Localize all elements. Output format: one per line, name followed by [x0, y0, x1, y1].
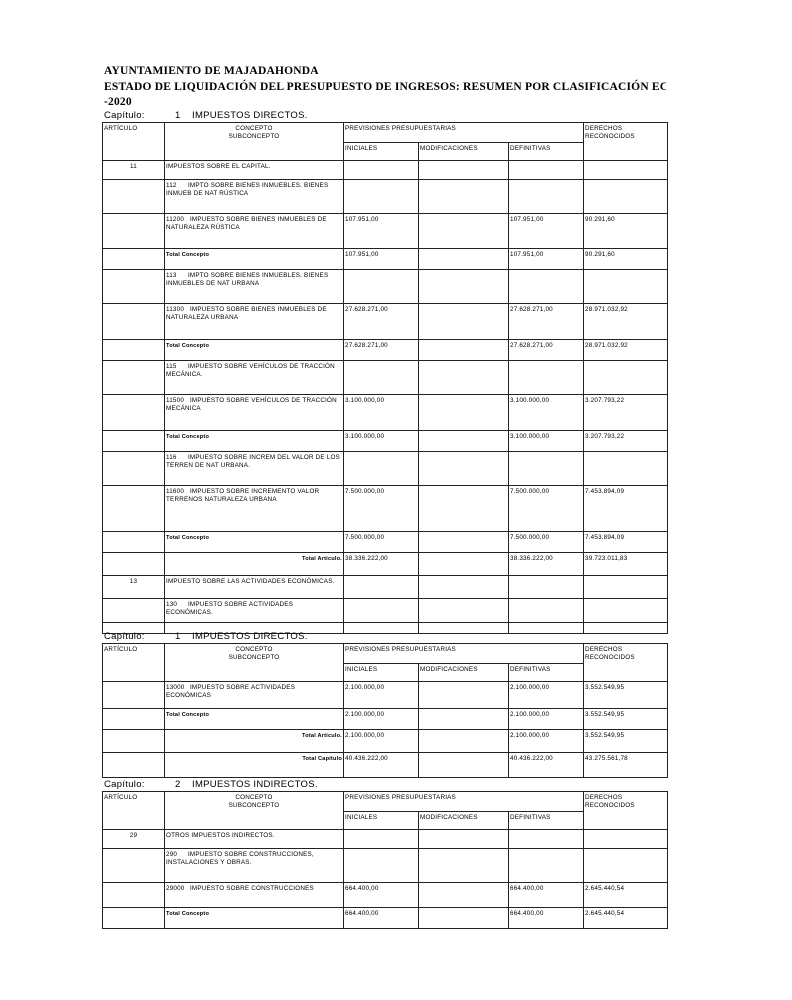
definitivas-cell: 664.400,00	[509, 883, 584, 908]
col-header-previsiones: PREVISIONES PRESUPUESTARIAS	[344, 792, 584, 812]
definitivas-cell: 3.100.000,00	[509, 431, 584, 452]
modificaciones-cell	[419, 883, 509, 908]
concepto-label: CONCEPTO	[166, 646, 342, 654]
definitivas-cell	[509, 452, 584, 486]
table-row: 112 IMPTO SOBRE BIENES INMUEBLES. BIENES…	[103, 180, 668, 214]
articulo-cell: 29	[103, 830, 165, 849]
col-header-concepto: CONCEPTOSUBCONCEPTO	[165, 123, 344, 161]
chapter-heading: Capítulo:1IMPUESTOS DIRECTOS.	[104, 631, 145, 642]
chapter-number: 1	[175, 631, 181, 642]
subconcepto-label: SUBCONCEPTO	[166, 802, 342, 810]
modificaciones-cell	[419, 249, 509, 270]
header-row: ARTÍCULOCONCEPTOSUBCONCEPTOPREVISIONES P…	[103, 123, 668, 143]
concept-description: IMPUESTO SOBRE ACTIVIDADES ECONÓMICAS.	[166, 601, 293, 616]
iniciales-cell: 27.628.271,00	[344, 340, 419, 361]
table-row: 290 IMPUESTO SOBRE CONSTRUCCIONES, INSTA…	[103, 849, 668, 883]
total-label: Total Concepto	[166, 911, 209, 917]
table-row: 29OTROS IMPUESTOS INDIRECTOS.	[103, 830, 668, 849]
table-row: Total Artículo.38.336.222,0038.336.222,0…	[103, 553, 668, 576]
concept-code: 11600	[166, 488, 188, 496]
col-header-modificaciones: MODIFICACIONES	[419, 664, 509, 682]
concepto-cell: Total Artículo.	[165, 553, 344, 576]
iniciales-cell: 40.436.222,00	[344, 753, 419, 778]
derechos-cell	[584, 830, 668, 849]
concept-description: IMPUESTO SOBRE INCREMENTO VALOR TERRENOS…	[166, 488, 319, 503]
report-title: ESTADO DE LIQUIDACIÓN DEL PRESUPUESTO DE…	[104, 80, 666, 96]
table-row	[103, 623, 668, 634]
iniciales-cell: 107.951,00	[344, 249, 419, 270]
modificaciones-cell	[419, 908, 509, 929]
modificaciones-cell	[419, 849, 509, 883]
table-row: Total Capítulo40.436.222,0040.436.222,00…	[103, 753, 668, 778]
iniciales-cell	[344, 576, 419, 599]
modificaciones-cell	[419, 431, 509, 452]
col-header-previsiones: PREVISIONES PRESUPUESTARIAS	[344, 123, 584, 143]
definitivas-cell: 2.100.000,00	[509, 730, 584, 753]
derechos-cell	[584, 599, 668, 623]
iniciales-cell: 2.100.000,00	[344, 730, 419, 753]
derechos-cell: 90.291,60	[584, 249, 668, 270]
concepto-label: CONCEPTO	[166, 125, 342, 133]
modificaciones-cell	[419, 304, 509, 340]
iniciales-cell: 2.100.000,00	[344, 682, 419, 709]
definitivas-cell	[509, 270, 584, 304]
concepto-cell: 11200 IMPUESTO SOBRE BIENES INMUEBLES DE…	[165, 214, 344, 249]
chapter-number: 2	[175, 779, 181, 790]
concepto-cell: Total Artículo.	[165, 730, 344, 753]
derechos-cell	[584, 270, 668, 304]
concept-code: 29000	[166, 885, 188, 893]
definitivas-cell	[509, 849, 584, 883]
articulo-cell	[103, 709, 165, 730]
chapter-label: Capítulo:	[104, 631, 145, 642]
table-row: 130 IMPUESTO SOBRE ACTIVIDADES ECONÓMICA…	[103, 599, 668, 623]
iniciales-cell: 107.951,00	[344, 214, 419, 249]
table-row: 13000 IMPUESTO SOBRE ACTIVIDADES ECONÓMI…	[103, 682, 668, 709]
definitivas-cell	[509, 576, 584, 599]
concepto-cell: 11600 IMPUESTO SOBRE INCREMENTO VALOR TE…	[165, 486, 344, 532]
concepto-cell: 29000 IMPUESTO SOBRE CONSTRUCCIONES	[165, 883, 344, 908]
chapter-name: IMPUESTOS DIRECTOS.	[192, 110, 308, 121]
definitivas-cell: 40.436.222,00	[509, 753, 584, 778]
table-row: Total Concepto664.400,00664.400,002.645.…	[103, 908, 668, 929]
concepto-cell: Total Concepto	[165, 249, 344, 270]
derechos-label: DERECHOS	[585, 646, 666, 654]
col-header-modificaciones: MODIFICACIONES	[419, 143, 509, 161]
chapter-name: IMPUESTOS INDIRECTOS.	[192, 779, 318, 790]
articulo-cell	[103, 180, 165, 214]
definitivas-cell: 7.500.000,00	[509, 486, 584, 532]
derechos-cell: 7.453.894,09	[584, 486, 668, 532]
articulo-cell	[103, 361, 165, 395]
articulo-cell	[103, 908, 165, 929]
table-row: 11600 IMPUESTO SOBRE INCREMENTO VALOR TE…	[103, 486, 668, 532]
modificaciones-cell	[419, 730, 509, 753]
definitivas-cell	[509, 361, 584, 395]
modificaciones-cell	[419, 830, 509, 849]
col-header-derechos: DERECHOSRECONOCIDOS	[584, 123, 668, 161]
derechos-cell: 3.552.549,95	[584, 730, 668, 753]
total-label: Total Concepto	[166, 434, 209, 440]
iniciales-cell	[344, 599, 419, 623]
derechos-cell	[584, 180, 668, 214]
table-row: 11IMPUESTOS SOBRE EL CAPITAL.	[103, 161, 668, 180]
header-row: ARTÍCULOCONCEPTOSUBCONCEPTOPREVISIONES P…	[103, 792, 668, 812]
total-label: Total Concepto	[166, 535, 209, 541]
concepto-cell: 11300 IMPUESTO SOBRE BIENES INMUEBLES DE…	[165, 304, 344, 340]
articulo-cell	[103, 682, 165, 709]
concept-description: IMPUESTO SOBRE LAS ACTIVIDADES ECONÓMICA…	[166, 578, 335, 585]
col-header-iniciales: INICIALES	[344, 143, 419, 161]
col-header-concepto: CONCEPTOSUBCONCEPTO	[165, 792, 344, 830]
articulo-cell	[103, 214, 165, 249]
articulo-cell	[103, 270, 165, 304]
iniciales-cell	[344, 161, 419, 180]
articulo-cell	[103, 395, 165, 431]
articulo-cell: 11	[103, 161, 165, 180]
concept-description: IMPUESTO SOBRE BIENES INMUEBLES DE NATUR…	[166, 216, 327, 231]
concepto-cell: IMPUESTO SOBRE LAS ACTIVIDADES ECONÓMICA…	[165, 576, 344, 599]
articulo-cell	[103, 486, 165, 532]
derechos-cell: 43.275.561,78	[584, 753, 668, 778]
derechos-cell	[584, 361, 668, 395]
table-row: 115 IMPUESTO SOBRE VEHÍCULOS DE TRACCIÓN…	[103, 361, 668, 395]
concepto-cell: IMPUESTOS SOBRE EL CAPITAL.	[165, 161, 344, 180]
concepto-cell: Total Concepto	[165, 709, 344, 730]
iniciales-cell	[344, 849, 419, 883]
iniciales-cell: 2.100.000,00	[344, 709, 419, 730]
articulo-cell	[103, 304, 165, 340]
subconcepto-label: SUBCONCEPTO	[166, 654, 342, 662]
iniciales-cell: 3.100.000,00	[344, 431, 419, 452]
definitivas-cell	[509, 180, 584, 214]
derechos-cell: 2.645.440,54	[584, 883, 668, 908]
articulo-cell	[103, 599, 165, 623]
iniciales-cell	[344, 452, 419, 486]
definitivas-cell	[509, 623, 584, 634]
articulo-cell	[103, 553, 165, 576]
concept-description: IMPUESTO SOBRE VEHÍCULOS DE TRACCIÓN MEC…	[166, 363, 335, 378]
articulo-cell	[103, 452, 165, 486]
table-row: Total Concepto2.100.000,002.100.000,003.…	[103, 709, 668, 730]
modificaciones-cell	[419, 553, 509, 576]
definitivas-cell	[509, 830, 584, 849]
iniciales-cell: 3.100.000,00	[344, 395, 419, 431]
articulo-cell	[103, 730, 165, 753]
total-label: Total Concepto	[166, 252, 209, 258]
articulo-cell	[103, 883, 165, 908]
concept-code: 115	[166, 363, 186, 371]
derechos-cell: 3.552.549,95	[584, 709, 668, 730]
definitivas-cell: 27.628.271,00	[509, 340, 584, 361]
col-header-concepto: CONCEPTOSUBCONCEPTO	[165, 644, 344, 682]
derechos-cell: 28.971.032,92	[584, 304, 668, 340]
definitivas-cell: 3.100.000,00	[509, 395, 584, 431]
derechos-cell: 28.971.032,92	[584, 340, 668, 361]
definitivas-cell: 107.951,00	[509, 249, 584, 270]
concepto-cell: 130 IMPUESTO SOBRE ACTIVIDADES ECONÓMICA…	[165, 599, 344, 623]
modificaciones-cell	[419, 486, 509, 532]
modificaciones-cell	[419, 361, 509, 395]
modificaciones-cell	[419, 532, 509, 553]
modificaciones-cell	[419, 180, 509, 214]
concept-description: IMPTO SOBRE BIENES INMUEBLES. BIENES INM…	[166, 182, 328, 197]
derechos-cell: 3.207.793,22	[584, 395, 668, 431]
concept-code: 13000	[166, 684, 188, 692]
table-row: Total Artículo.2.100.000,002.100.000,003…	[103, 730, 668, 753]
articulo-cell	[103, 849, 165, 883]
budget-table: ARTÍCULOCONCEPTOSUBCONCEPTOPREVISIONES P…	[102, 643, 668, 778]
articulo-cell	[103, 753, 165, 778]
concepto-cell: 113 IMPTO SOBRE BIENES INMUEBLES. BIENES…	[165, 270, 344, 304]
iniciales-cell: 7.500.000,00	[344, 532, 419, 553]
concept-code: 11200	[166, 216, 188, 224]
concepto-cell: Total Capítulo	[165, 753, 344, 778]
iniciales-cell: 664.400,00	[344, 908, 419, 929]
iniciales-cell: 664.400,00	[344, 883, 419, 908]
articulo-cell	[103, 340, 165, 361]
derechos-cell	[584, 576, 668, 599]
table-row: 113 IMPTO SOBRE BIENES INMUEBLES. BIENES…	[103, 270, 668, 304]
col-header-definitivas: DEFINITIVAS	[509, 143, 584, 161]
modificaciones-cell	[419, 623, 509, 634]
report-header: AYUNTAMIENTO DE MAJADAHONDA ESTADO DE LI…	[104, 64, 666, 111]
derechos-cell: 90.291,60	[584, 214, 668, 249]
concepto-cell: OTROS IMPUESTOS INDIRECTOS.	[165, 830, 344, 849]
table-row: 29000 IMPUESTO SOBRE CONSTRUCCIONES664.4…	[103, 883, 668, 908]
header-row: ARTÍCULOCONCEPTOSUBCONCEPTOPREVISIONES P…	[103, 644, 668, 664]
modificaciones-cell	[419, 709, 509, 730]
chapter-heading: Capítulo:1IMPUESTOS DIRECTOS.	[104, 110, 145, 121]
derechos-cell: 7.453.894,09	[584, 532, 668, 553]
concept-description: IMPUESTO SOBRE BIENES INMUEBLES DE NATUR…	[166, 306, 327, 321]
total-label: Total Concepto	[166, 343, 209, 349]
report-year: -2020	[104, 95, 666, 111]
articulo-cell	[103, 249, 165, 270]
col-header-derechos: DERECHOSRECONOCIDOS	[584, 792, 668, 830]
concepto-cell: Total Concepto	[165, 431, 344, 452]
concept-description: IMPUESTO SOBRE CONSTRUCCIONES, INSTALACI…	[166, 851, 314, 866]
col-header-articulo: ARTÍCULO	[103, 644, 165, 682]
concepto-cell: 116 IMPUESTO SOBRE INCREM DEL VALOR DE L…	[165, 452, 344, 486]
articulo-cell: 13	[103, 576, 165, 599]
table-row: 11300 IMPUESTO SOBRE BIENES INMUEBLES DE…	[103, 304, 668, 340]
concepto-cell: Total Concepto	[165, 340, 344, 361]
table-row: Total Concepto7.500.000,007.500.000,007.…	[103, 532, 668, 553]
col-header-iniciales: INICIALES	[344, 812, 419, 830]
table-row: 11500 IMPUESTO SOBRE VEHÍCULOS DE TRACCI…	[103, 395, 668, 431]
chapter-label: Capítulo:	[104, 110, 145, 121]
definitivas-cell: 107.951,00	[509, 214, 584, 249]
concept-description: OTROS IMPUESTOS INDIRECTOS.	[166, 832, 275, 839]
table-row: Total Concepto3.100.000,003.100.000,003.…	[103, 431, 668, 452]
iniciales-cell	[344, 270, 419, 304]
modificaciones-cell	[419, 395, 509, 431]
concept-code: 130	[166, 601, 186, 609]
concept-code: 113	[166, 272, 186, 280]
iniciales-cell	[344, 361, 419, 395]
table-row: 116 IMPUESTO SOBRE INCREM DEL VALOR DE L…	[103, 452, 668, 486]
modificaciones-cell	[419, 340, 509, 361]
total-label: Total Artículo.	[302, 733, 342, 739]
definitivas-cell: 2.100.000,00	[509, 682, 584, 709]
concepto-label: CONCEPTO	[166, 794, 342, 802]
iniciales-cell: 38.336.222,00	[344, 553, 419, 576]
modificaciones-cell	[419, 161, 509, 180]
derechos-cell: 39.723.011,83	[584, 553, 668, 576]
concepto-cell: 112 IMPTO SOBRE BIENES INMUEBLES. BIENES…	[165, 180, 344, 214]
concept-description: IMPTO SOBRE BIENES INMUEBLES. BIENES INM…	[166, 272, 328, 287]
concept-code: 11500	[166, 397, 188, 405]
chapter-number: 1	[175, 110, 181, 121]
derechos-cell	[584, 623, 668, 634]
col-header-previsiones: PREVISIONES PRESUPUESTARIAS	[344, 644, 584, 664]
total-label: Total Capítulo	[302, 756, 342, 762]
modificaciones-cell	[419, 270, 509, 304]
col-header-modificaciones: MODIFICACIONES	[419, 812, 509, 830]
col-header-articulo: ARTÍCULO	[103, 123, 165, 161]
col-header-iniciales: INICIALES	[344, 664, 419, 682]
table-row: 13IMPUESTO SOBRE LAS ACTIVIDADES ECONÓMI…	[103, 576, 668, 599]
definitivas-cell: 2.100.000,00	[509, 709, 584, 730]
table-row: 11200 IMPUESTO SOBRE BIENES INMUEBLES DE…	[103, 214, 668, 249]
definitivas-cell: 7.500.000,00	[509, 532, 584, 553]
derechos-cell	[584, 161, 668, 180]
definitivas-cell	[509, 599, 584, 623]
total-label: Total Artículo.	[302, 556, 342, 562]
concepto-cell: 13000 IMPUESTO SOBRE ACTIVIDADES ECONÓMI…	[165, 682, 344, 709]
derechos-cell	[584, 849, 668, 883]
iniciales-cell: 27.628.271,00	[344, 304, 419, 340]
modificaciones-cell	[419, 576, 509, 599]
derechos-cell: 3.207.793,22	[584, 431, 668, 452]
municipality-title: AYUNTAMIENTO DE MAJADAHONDA	[104, 64, 666, 80]
col-header-definitivas: DEFINITIVAS	[509, 812, 584, 830]
derechos-label: DERECHOS	[585, 125, 666, 133]
articulo-cell	[103, 431, 165, 452]
budget-table: ARTÍCULOCONCEPTOSUBCONCEPTOPREVISIONES P…	[102, 122, 668, 634]
derechos-label: DERECHOS	[585, 794, 666, 802]
iniciales-cell	[344, 830, 419, 849]
iniciales-cell: 7.500.000,00	[344, 486, 419, 532]
concept-code: 11300	[166, 306, 188, 314]
concept-description: IMPUESTO SOBRE VEHÍCULOS DE TRACCIÓN MEC…	[166, 397, 337, 412]
concept-code: 112	[166, 182, 186, 190]
total-label: Total Concepto	[166, 712, 209, 718]
derechos-cell: 3.552.549,95	[584, 682, 668, 709]
modificaciones-cell	[419, 682, 509, 709]
concepto-cell: 11500 IMPUESTO SOBRE VEHÍCULOS DE TRACCI…	[165, 395, 344, 431]
iniciales-cell	[344, 180, 419, 214]
chapter-name: IMPUESTOS DIRECTOS.	[192, 631, 308, 642]
definitivas-cell: 27.628.271,00	[509, 304, 584, 340]
concepto-cell: 290 IMPUESTO SOBRE CONSTRUCCIONES, INSTA…	[165, 849, 344, 883]
concepto-cell: 115 IMPUESTO SOBRE VEHÍCULOS DE TRACCIÓN…	[165, 361, 344, 395]
table-row: Total Concepto107.951,00107.951,0090.291…	[103, 249, 668, 270]
iniciales-cell	[344, 623, 419, 634]
modificaciones-cell	[419, 452, 509, 486]
concept-description: IMPUESTO SOBRE INCREM DEL VALOR DE LOS T…	[166, 454, 340, 469]
reconocidos-label: RECONOCIDOS	[585, 802, 666, 810]
subconcepto-label: SUBCONCEPTO	[166, 133, 342, 141]
concept-description: IMPUESTO SOBRE CONSTRUCCIONES	[190, 885, 314, 892]
definitivas-cell: 38.336.222,00	[509, 553, 584, 576]
articulo-cell	[103, 532, 165, 553]
concept-description: IMPUESTOS SOBRE EL CAPITAL.	[166, 163, 271, 170]
col-header-definitivas: DEFINITIVAS	[509, 664, 584, 682]
reconocidos-label: RECONOCIDOS	[585, 133, 666, 141]
concept-code: 116	[166, 454, 186, 462]
col-header-derechos: DERECHOSRECONOCIDOS	[584, 644, 668, 682]
concept-code: 290	[166, 851, 186, 859]
budget-table: ARTÍCULOCONCEPTOSUBCONCEPTOPREVISIONES P…	[102, 791, 668, 929]
derechos-cell: 2.645.440,54	[584, 908, 668, 929]
modificaciones-cell	[419, 214, 509, 249]
table-row: Total Concepto27.628.271,0027.628.271,00…	[103, 340, 668, 361]
derechos-cell	[584, 452, 668, 486]
modificaciones-cell	[419, 599, 509, 623]
concepto-cell: Total Concepto	[165, 532, 344, 553]
definitivas-cell	[509, 161, 584, 180]
chapter-heading: Capítulo:2IMPUESTOS INDIRECTOS.	[104, 779, 145, 790]
reconocidos-label: RECONOCIDOS	[585, 654, 666, 662]
definitivas-cell: 664.400,00	[509, 908, 584, 929]
col-header-articulo: ARTÍCULO	[103, 792, 165, 830]
chapter-label: Capítulo:	[104, 779, 145, 790]
concepto-cell: Total Concepto	[165, 908, 344, 929]
modificaciones-cell	[419, 753, 509, 778]
